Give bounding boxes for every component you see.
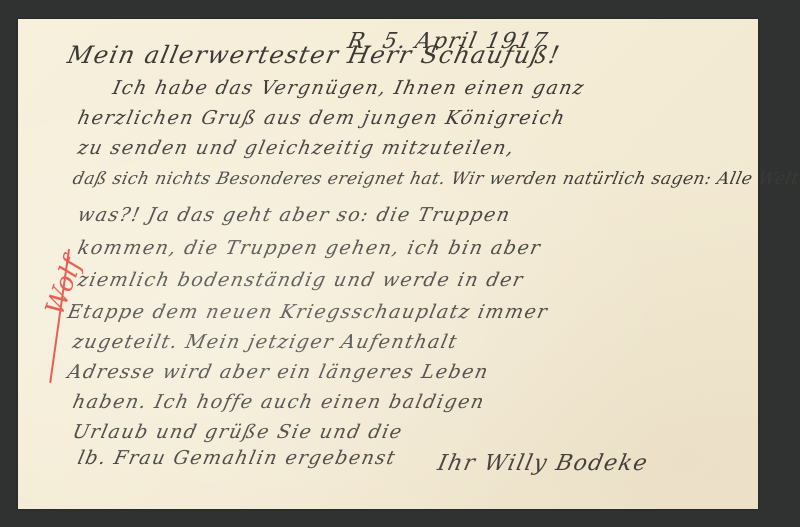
salutation: Mein allerwertester Herr Schaufuß! <box>65 41 563 69</box>
text-line: haben. Ich hoffe auch einen baldigen <box>71 391 487 413</box>
text-line: lb. Frau Gemahlin ergebenst <box>76 447 399 469</box>
text-line: zu senden und gleichzeitig mitzuteilen, <box>76 137 517 159</box>
text-line: Urlaub und grüße Sie und die <box>71 421 405 443</box>
text-line: Adresse wird aber ein längeres Leben <box>66 361 491 383</box>
text-line: Ich habe das Vergnügen, Ihnen einen ganz <box>111 77 587 99</box>
text-line: zugeteilt. Mein jetziger Aufenthalt <box>71 331 460 353</box>
text-line: was?! Ja das geht aber so: die Truppen <box>76 204 513 226</box>
text-line: Etappe dem neuen Kriegsschauplatz immer <box>66 301 551 323</box>
text-line: kommen, die Truppen gehen, ich bin aber <box>76 237 544 259</box>
text-line: herzlichen Gruß aus dem jungen Königreic… <box>76 107 568 129</box>
postcard: R. 5. April 1917 Mein allerwertester Her… <box>18 19 758 509</box>
signature: Ihr Willy Bodeke <box>435 451 650 476</box>
text-line: daß sich nichts Besonderes ereignet hat.… <box>71 169 800 189</box>
text-line: ziemlich bodenständig und werde in der <box>76 269 526 291</box>
